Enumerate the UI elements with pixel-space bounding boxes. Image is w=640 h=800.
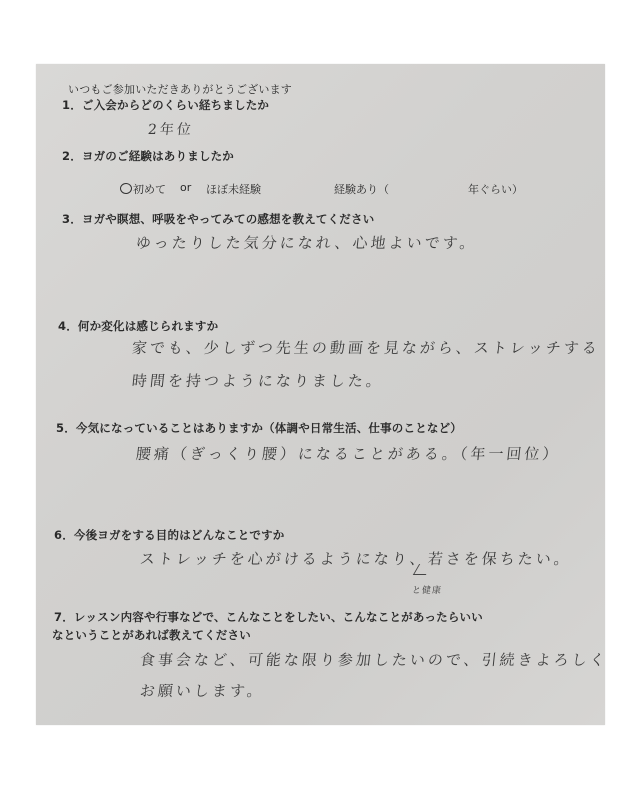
question-text: ご入会からどのくらい経ちましたか	[82, 98, 269, 112]
answer-5: 腰痛（ぎっくり腰）になることがある。（年一回位）	[135, 443, 562, 464]
question-number: 7．	[54, 610, 74, 624]
option-almost-none: ほぼ未経験	[206, 181, 261, 197]
question-number: 4．	[58, 319, 78, 333]
question-text: 何か変化は感じられますか	[78, 319, 218, 333]
question-4: 4．何か変化は感じられますか	[58, 318, 218, 334]
question-6: 6．今後ヨガをする目的はどんなことですか	[54, 527, 285, 543]
question-7-line-1: 7．レッスン内容や行事などで、こんなことをしたい、こんなことがあったらいい	[54, 609, 483, 625]
question-number: 6．	[54, 528, 74, 542]
questionnaire-sheet: いつもご参加いただきありがとうございます 1．ご入会からどのくらい経ちましたか …	[36, 64, 605, 725]
question-3: 3．ヨガや瞑想、呼吸をやってみての感想を教えてください	[62, 211, 374, 227]
answer-6: ストレッチを心がけるようになり、若さを保ちたい。	[139, 548, 573, 569]
option-years-suffix: 年ぐらい）	[468, 181, 523, 197]
question-number: 1．	[62, 98, 82, 112]
question-5: 5．今気になっていることはありますか（体調や日常生活、仕事のことなど）	[56, 420, 462, 436]
answer-6-insertion: と健康	[411, 583, 442, 596]
answer-7-line-2: お願いします。	[139, 680, 266, 701]
question-2: 2．ヨガのご経験はありましたか	[62, 148, 234, 164]
question-number: 2．	[62, 149, 82, 163]
answer-4-line-1: 家でも、少しずつ先生の動画を見ながら、ストレッチする	[131, 337, 601, 358]
question-1: 1．ご入会からどのくらい経ちましたか	[62, 97, 269, 113]
option-first-time: 初めて	[120, 181, 166, 197]
question-text: ヨガのご経験はありましたか	[82, 149, 234, 163]
answer-7-line-1: 食事会など、可能な限り参加したいので、引続きよろしく	[139, 649, 609, 670]
question-text: 今後ヨガをする目的はどんなことですか	[74, 528, 285, 542]
question-text: ヨガや瞑想、呼吸をやってみての感想を教えてください	[82, 212, 375, 226]
question-number: 5．	[56, 421, 76, 435]
question-number: 3．	[62, 212, 82, 226]
answer-3: ゆったりした気分になれ、心地よいです。	[135, 232, 479, 253]
answer-4-line-2: 時間を持つようになりました。	[131, 370, 385, 391]
circled-mark-icon	[120, 183, 132, 194]
question-text: レッスン内容や行事などで、こんなことをしたい、こんなことがあったらいい	[74, 610, 483, 624]
answer-1: 2年位	[147, 119, 195, 139]
intro-text: いつもご参加いただきありがとうございます	[68, 81, 292, 97]
option-experienced: 経験あり（	[334, 181, 389, 197]
option-or: or	[180, 181, 191, 194]
question-text: 今気になっていることはありますか（体調や日常生活、仕事のことなど）	[76, 421, 462, 435]
question-7-line-2: なということがあれば教えてください	[52, 627, 251, 643]
